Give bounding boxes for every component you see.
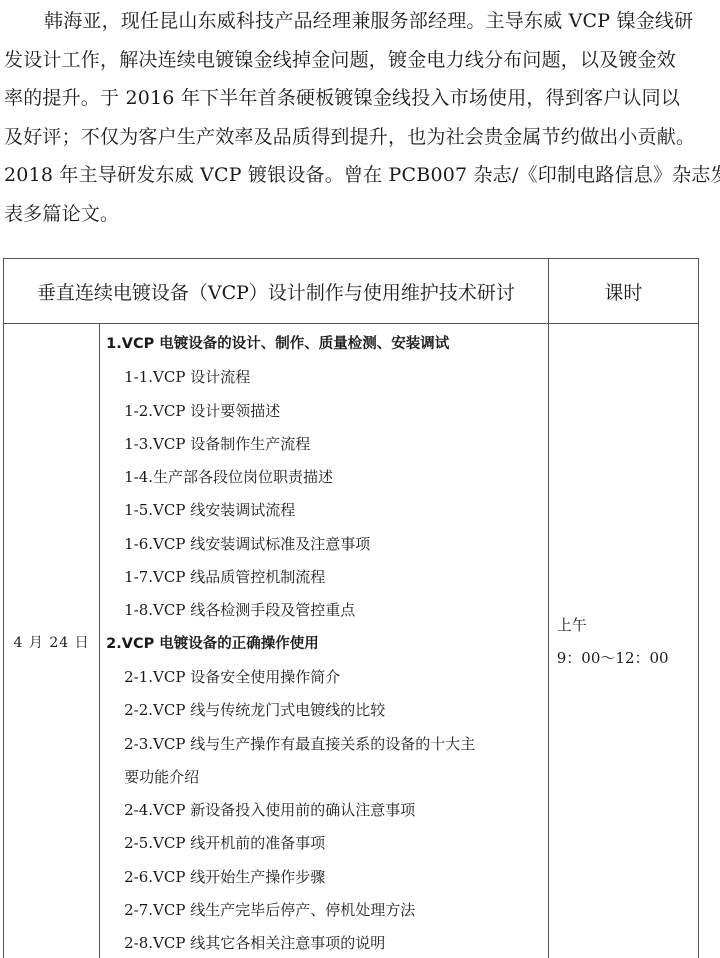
outline-item: 2-7.VCP 线生产完毕后停产、停机处理方法 xyxy=(106,894,548,927)
outline-item: 2-8.VCP 线其它各相关注意事项的说明 xyxy=(106,927,548,958)
speaker-bio: 韩海亚，现任昆山东威科技产品经理兼服务部经理。主导东威 VCP 镍金线研 发设计… xyxy=(4,2,704,233)
outline-item: 1-2.VCP 设计要领描述 xyxy=(106,395,548,428)
outline-item: 2-4.VCP 新设备投入使用前的确认注意事项 xyxy=(106,794,548,827)
outline-item: 1-3.VCP 设备制作生产流程 xyxy=(106,428,548,461)
section-title: 1.VCP 电镀设备的设计、制作、质量检测、安装调试 xyxy=(106,328,548,361)
section-title: 2.VCP 电镀设备的正确操作使用 xyxy=(106,628,548,661)
bio-line: 2018 年主导研发东威 VCP 镀银设备。曾在 PCB007 杂志/《印制电路… xyxy=(4,156,704,195)
content-cell: 1.VCP 电镀设备的设计、制作、质量检测、安装调试 1-1.VCP 设计流程 … xyxy=(100,324,549,958)
outline-item: 2-1.VCP 设备安全使用操作简介 xyxy=(106,661,548,694)
session-period: 上午 xyxy=(557,609,698,642)
bio-line: 及好评；不仅为客户生产效率及品质得到提升，也为社会贵金属节约做出小贡献。 xyxy=(4,118,704,157)
outline-item: 1-7.VCP 线品质管控机制流程 xyxy=(106,561,548,594)
table-row: 4 月 24 日 1.VCP 电镀设备的设计、制作、质量检测、安装调试 1-1.… xyxy=(4,324,699,958)
outline-item: 1-6.VCP 线安装调试标准及注意事项 xyxy=(106,528,548,561)
outline-item: 2-6.VCP 线开始生产操作步骤 xyxy=(106,861,548,894)
outline-item: 1-4.生产部各段位岗位职责描述 xyxy=(106,461,548,494)
bio-line: 发设计工作，解决连续电镀镍金线掉金问题，镀金电力线分布问题，以及镀金效 xyxy=(4,41,704,80)
table-header-row: 垂直连续电镀设备（VCP）设计制作与使用维护技术研讨 课时 xyxy=(4,259,699,324)
outline-item: 2-3.VCP 线与生产操作有最直接关系的设备的十大主 xyxy=(106,728,548,761)
bio-line: 率的提升。于 2016 年下半年首条硬板镀镍金线投入市场使用，得到客户认同以 xyxy=(4,79,704,118)
outline-item: 1-1.VCP 设计流程 xyxy=(106,361,548,394)
course-title-header: 垂直连续电镀设备（VCP）设计制作与使用维护技术研讨 xyxy=(4,259,549,324)
course-schedule-table: 垂直连续电镀设备（VCP）设计制作与使用维护技术研讨 课时 4 月 24 日 1… xyxy=(3,258,699,958)
outline-item: 2-5.VCP 线开机前的准备事项 xyxy=(106,827,548,860)
hours-header: 课时 xyxy=(548,259,698,324)
outline-item: 1-5.VCP 线安装调试流程 xyxy=(106,494,548,527)
bio-line: 韩海亚，现任昆山东威科技产品经理兼服务部经理。主导东威 VCP 镍金线研 xyxy=(4,2,704,41)
outline-item: 2-2.VCP 线与传统龙门式电镀线的比较 xyxy=(106,694,548,727)
bio-line: 表多篇论文。 xyxy=(4,195,704,234)
outline-item: 1-8.VCP 线各检测手段及管控重点 xyxy=(106,594,548,627)
outline-item-continuation: 要功能介绍 xyxy=(106,761,548,794)
hours-cell: 上午 9：00～12：00 xyxy=(548,324,698,958)
date-cell: 4 月 24 日 xyxy=(4,324,100,958)
session-time: 9：00～12：00 xyxy=(557,642,698,675)
